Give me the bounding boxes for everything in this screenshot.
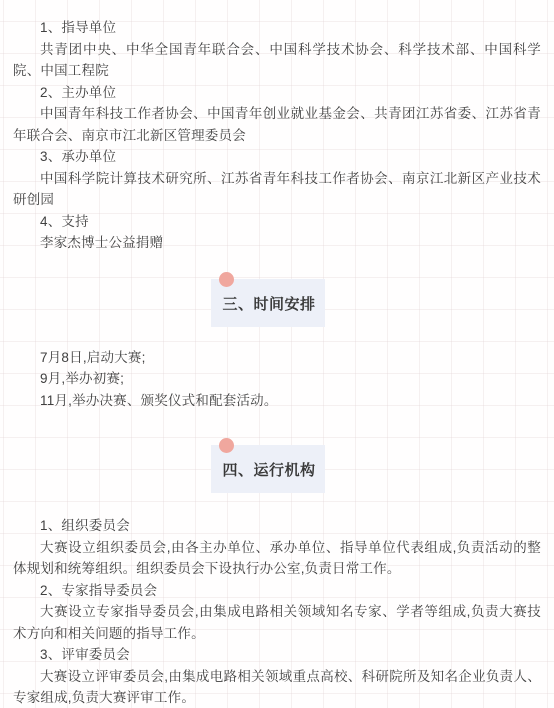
paragraph-support-label: 4、支持 [13,211,541,233]
section-heading-box: 三、时间安排 [211,279,324,327]
paragraph-review-committee-label: 3、评审委员会 [13,644,541,666]
section-heading-time: 三、时间安排 [13,279,541,327]
paragraph-expert-committee-label: 2、专家指导委员会 [13,580,541,602]
paragraph-host-units: 中国青年科技工作者协会、中国青年创业就业基金会、共青团江苏省委、江苏省青年联合会… [13,103,541,146]
paragraph-review-committee: 大赛设立评审委员会,由集成电路相关领域重点高校、科研院所及知名企业负责人、专家组… [13,666,541,708]
paragraph-preliminary-round: 9月,举办初赛; [13,368,541,390]
heading-accent-dot-icon [219,272,234,287]
section-heading-title: 四、运行机构 [222,462,315,479]
paragraph-guiding-units: 共青团中央、中华全国青年联合会、中国科学技术协会、科学技术部、中国科学院、中国工… [13,39,541,82]
heading-accent-dot-icon [219,438,234,453]
paragraph-host-units-label: 2、主办单位 [13,82,541,104]
paragraph-expert-committee: 大赛设立专家指导委员会,由集成电路相关领域知名专家、学者等组成,负责大赛技术方向… [13,601,541,644]
document-body: 1、指导单位 共青团中央、中华全国青年联合会、中国科学技术协会、科学技术部、中国… [0,0,554,708]
paragraph-organizing-committee: 大赛设立组织委员会,由各主办单位、承办单位、指导单位代表组成,负责活动的整体规划… [13,537,541,580]
paragraph-support: 李家杰博士公益捐赠 [13,232,541,254]
section-heading-org: 四、运行机构 [13,445,541,493]
section-heading-title: 三、时间安排 [222,296,315,313]
paragraph-organizer-units: 中国科学院计算技术研究所、江苏省青年科技工作者协会、南京江北新区产业技术研创园 [13,168,541,211]
paragraph-final-round: 11月,举办决赛、颁奖仪式和配套活动。 [13,390,541,412]
paragraph-organizing-committee-label: 1、组织委员会 [13,515,541,537]
section-heading-box: 四、运行机构 [211,445,324,493]
paragraph-organizer-units-label: 3、承办单位 [13,146,541,168]
document-page: 1、指导单位 共青团中央、中华全国青年联合会、中国科学技术协会、科学技术部、中国… [0,0,554,708]
paragraph-launch-date: 7月8日,启动大赛; [13,347,541,369]
paragraph-guiding-units-label: 1、指导单位 [13,17,541,39]
